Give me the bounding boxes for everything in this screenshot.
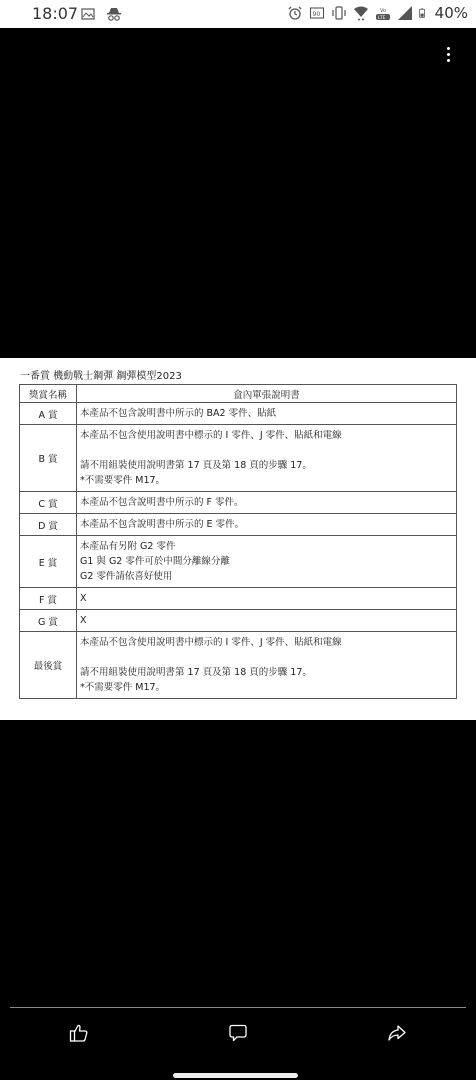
table-row: 最後賞 本產品不包含使用說明書中標示的 I 零件、J 零件、貼紙和電線 請不用組… [20, 632, 457, 699]
wifi-icon [353, 5, 369, 21]
prize-name: F 賞 [20, 588, 77, 610]
prize-desc: 本產品有另附 G2 零件 G1 與 G2 零件可於中間分離線分離 G2 零件請依… [77, 536, 457, 588]
desc-line: 本產品不包含說明書中所示的 BA2 零件、貼紙 [80, 406, 453, 421]
action-bar [0, 1015, 476, 1051]
hd-voice-icon: 90 [309, 5, 325, 21]
desc-line: 本產品不包含說明書中所示的 F 零件。 [80, 495, 453, 510]
signal-icon [397, 5, 413, 21]
battery-icon [419, 5, 429, 21]
header-prize-name: 獎賞名稱 [20, 385, 77, 403]
more-options-icon [447, 47, 450, 50]
comment-icon [228, 1023, 248, 1043]
prize-desc: X [77, 610, 457, 632]
desc-line: *不需要零件 M17。 [80, 680, 453, 695]
prize-name: G 賞 [20, 610, 77, 632]
table-row: F 賞 X [20, 588, 457, 610]
prize-desc: 本產品不包含說明書中所示的 F 零件。 [77, 492, 457, 514]
table-header-row: 獎賞名稱 盒內單張說明書 [20, 385, 457, 403]
table-row: D 賞 本產品不包含說明書中所示的 E 零件。 [20, 514, 457, 536]
prize-table: 獎賞名稱 盒內單張說明書 A 賞 本產品不包含說明書中所示的 BA2 零件、貼紙… [19, 384, 457, 699]
desc-line: 本產品不包含說明書中所示的 E 零件。 [80, 517, 453, 532]
more-options-button[interactable] [438, 44, 458, 64]
table-row: C 賞 本產品不包含說明書中所示的 F 零件。 [20, 492, 457, 514]
desc-line: 本產品不包含使用說明書中標示的 I 零件、J 零件、貼紙和電線 [80, 635, 453, 650]
prize-desc: 本產品不包含使用說明書中標示的 I 零件、J 零件、貼紙和電線 請不用組裝使用說… [77, 425, 457, 492]
volte-icon: LTEVo [375, 5, 391, 21]
svg-text:LTE: LTE [378, 15, 386, 21]
divider [10, 1007, 466, 1008]
desc-line: 本產品不包含使用說明書中標示的 I 零件、J 零件、貼紙和電線 [80, 428, 453, 443]
prize-desc: 本產品不包含說明書中所示的 E 零件。 [77, 514, 457, 536]
table-row: A 賞 本產品不包含說明書中所示的 BA2 零件、貼紙 [20, 403, 457, 425]
svg-text:90: 90 [312, 11, 320, 18]
table-row: G 賞 X [20, 610, 457, 632]
photo[interactable]: 一番賞 機動戰士鋼彈 鋼彈模型2023 獎賞名稱 盒內單張說明書 A 賞 本產品… [0, 358, 476, 720]
document-title: 一番賞 機動戰士鋼彈 鋼彈模型2023 [20, 367, 182, 382]
prize-desc: X [77, 588, 457, 610]
svg-text:Vo: Vo [380, 8, 386, 14]
prize-name: C 賞 [20, 492, 77, 514]
prize-name: B 賞 [20, 425, 77, 492]
thumbs-up-icon [69, 1023, 89, 1043]
share-button[interactable] [377, 1015, 417, 1051]
prize-name: 最後賞 [20, 632, 77, 699]
prize-name: D 賞 [20, 514, 77, 536]
comment-button[interactable] [218, 1015, 258, 1051]
table-row: E 賞 本產品有另附 G2 零件 G1 與 G2 零件可於中間分離線分離 G2 … [20, 536, 457, 588]
desc-line: G2 零件請依喜好使用 [80, 569, 453, 584]
vibrate-icon [331, 5, 347, 21]
battery-percent: 40% [435, 4, 468, 22]
desc-line: G1 與 G2 零件可於中間分離線分離 [80, 554, 453, 569]
desc-line: X [80, 613, 453, 628]
desc-line: 請不用組裝使用說明書第 17 頁及第 18 頁的步驟 17。 [80, 458, 453, 473]
status-bar: 18:07 90 LTEVo 40% [0, 0, 476, 28]
viewer-background [0, 28, 476, 358]
share-icon [387, 1023, 407, 1043]
desc-line: 本產品有另附 G2 零件 [80, 539, 453, 554]
prize-name: E 賞 [20, 536, 77, 588]
prize-desc: 本產品不包含使用說明書中標示的 I 零件、J 零件、貼紙和電線 請不用組裝使用說… [77, 632, 457, 699]
like-button[interactable] [59, 1015, 99, 1051]
image-icon [80, 6, 96, 22]
desc-line: *不需要零件 M17。 [80, 473, 453, 488]
header-instructions: 盒內單張說明書 [77, 385, 457, 403]
status-time: 18:07 [32, 4, 78, 23]
incognito-icon [106, 6, 122, 22]
desc-line [80, 443, 453, 458]
prize-name: A 賞 [20, 403, 77, 425]
desc-line: X [80, 591, 453, 606]
desc-line [80, 650, 453, 665]
home-indicator[interactable] [173, 1073, 298, 1078]
desc-line: 請不用組裝使用說明書第 17 頁及第 18 頁的步驟 17。 [80, 665, 453, 680]
alarm-icon [287, 5, 303, 21]
table-row: B 賞 本產品不包含使用說明書中標示的 I 零件、J 零件、貼紙和電線 請不用組… [20, 425, 457, 492]
prize-desc: 本產品不包含說明書中所示的 BA2 零件、貼紙 [77, 403, 457, 425]
